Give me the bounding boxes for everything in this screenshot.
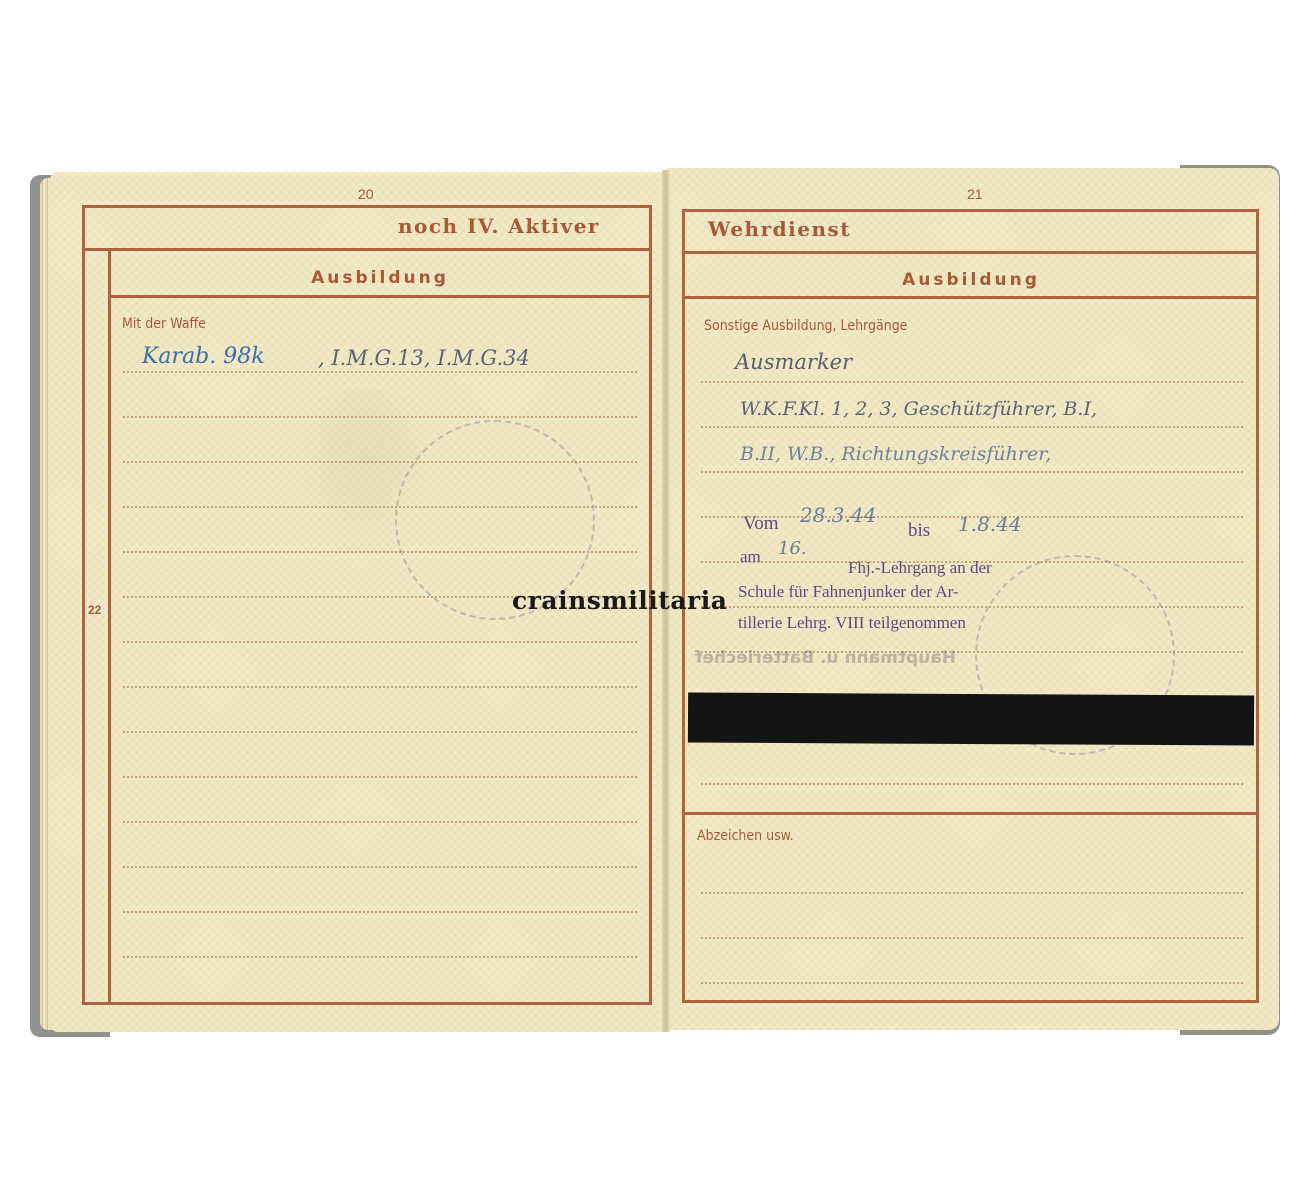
section-divider [682,296,1259,299]
left-page-header: noch IV. Aktiver [398,214,600,238]
stamp-am-label: am [740,547,761,567]
section-divider [108,295,652,298]
field-label-badges: Abzeichen usw. [697,828,794,844]
handwritten-weapon-karabiner: Karab. 98k [142,344,265,369]
right-section-title: Ausbildung [685,270,1257,290]
dotted-line [122,461,638,463]
dotted-line [122,551,638,553]
dotted-line [700,783,1245,785]
handwritten-line-2: W.K.F.Kl. 1, 2, 3, Geschützführer, B.I, [740,398,1097,420]
mirrored-signature-stamp: Hauptmann u. Batteriechef [695,648,956,668]
dotted-line [122,821,638,823]
dotted-line [122,506,638,508]
dotted-line [122,956,638,958]
watermark-text: crainsmilitaria [512,586,727,615]
page-number-left: 20 [358,186,374,202]
dotted-line [700,982,1245,984]
dotted-line [122,776,638,778]
badges-divider [682,812,1259,815]
dotted-line [700,426,1245,428]
dotted-line [122,686,638,688]
dotted-line [122,731,638,733]
handwritten-line-1: Ausmarker [735,350,852,374]
margin-column-line [108,250,111,1005]
redaction-bar [688,693,1254,746]
stamp-line-2: Schule für Fahnenjunker der Ar- [738,582,959,602]
dotted-line [700,471,1245,473]
handwritten-line-3: B.II, W.B., Richtungskreisführer, [740,443,1051,465]
dotted-line [122,641,638,643]
stamp-line-1: Fhj.-Lehrgang an der [848,558,992,578]
dotted-line [122,866,638,868]
header-divider [82,248,652,251]
header-divider [682,251,1259,254]
stamp-vom-label: Vom [743,513,779,535]
dotted-line [700,937,1245,939]
left-section-title: Ausbildung [110,268,650,288]
right-page-header: Wehrdienst [708,217,851,241]
dotted-line [122,416,638,418]
field-label-weapon: Mit der Waffe [122,316,206,332]
side-marker-number: 22 [88,603,101,617]
dotted-line [122,911,638,913]
field-label-other-training: Sonstige Ausbildung, Lehrgänge [704,318,907,334]
stamp-vom-date: 28.3.44 [800,503,876,527]
dotted-line [122,371,638,373]
dotted-line [700,381,1245,383]
dotted-line [700,892,1245,894]
stamp-bis-date: 1.8.44 [958,512,1022,536]
page-number-right: 21 [967,186,983,202]
handwritten-weapon-mg: , I.M.G.13, I.M.G.34 [318,346,530,370]
stamp-course-number: 16. [778,538,807,559]
stamp-bis-label: bis [908,520,930,542]
stamp-line-3: tillerie Lehrg. VIII teilgenommen [738,613,966,633]
